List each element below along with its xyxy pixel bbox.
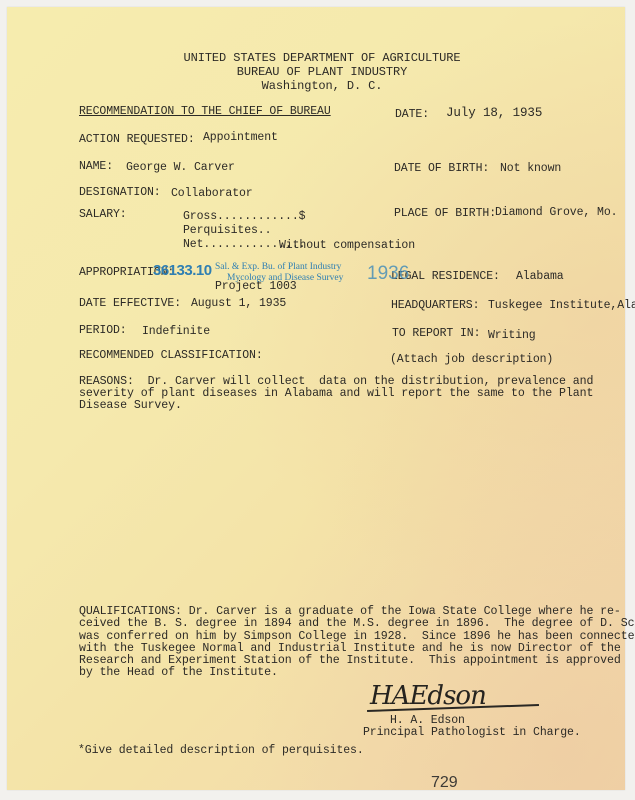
signer-title: Principal Pathologist in Charge. <box>363 726 581 739</box>
legal-residence-value: Alabama <box>516 270 564 283</box>
appropriation-stamp-line2: Mycology and Disease Survey <box>227 273 343 283</box>
reasons-line: Disease Survey. <box>79 400 182 412</box>
qualifications-line: ceived the B. S. degree in 1894 and the … <box>79 618 635 630</box>
recommended-classification-label: RECOMMENDED CLASSIFICATION: <box>79 349 263 362</box>
footnote: *Give detailed description of perquisite… <box>78 744 364 757</box>
appropriation-stamp-number: 36133.10 <box>153 262 212 279</box>
date-of-birth-label: DATE OF BIRTH: <box>394 162 489 175</box>
qualifications-line: by the Head of the Institute. <box>79 667 278 679</box>
appropriation-stamp-line1: Sal. & Exp. Bu. of Plant Industry <box>215 262 341 272</box>
department-heading: UNITED STATES DEPARTMENT OF AGRICULTURE <box>157 52 487 65</box>
to-report-in-value: Writing <box>488 329 536 342</box>
designation-value: Collaborator <box>171 187 253 200</box>
date-effective-label: DATE EFFECTIVE: <box>79 297 181 310</box>
place-of-birth-label: PLACE OF BIRTH: <box>394 207 496 220</box>
salary-net-value: Without compensation <box>279 239 415 252</box>
action-requested-label: ACTION REQUESTED: <box>79 133 195 146</box>
salary-gross: Gross............$ <box>183 210 305 223</box>
attach-job-description-note: (Attach job description) <box>390 353 553 366</box>
appropriation-stamp-year: 1936 <box>367 263 409 285</box>
date-value: July 18, 1935 <box>446 107 542 120</box>
salary-label: SALARY: <box>79 208 127 221</box>
period-label: PERIOD: <box>79 324 127 337</box>
page-number: 729 <box>431 774 458 792</box>
action-requested-value: Appointment <box>203 131 278 144</box>
headquarters-value: Tuskegee Institute,Ala <box>488 299 635 312</box>
form-title: RECOMMENDATION TO THE CHIEF OF BUREAU <box>79 105 331 118</box>
period-value: Indefinite <box>142 325 210 338</box>
date-effective-value: August 1, 1935 <box>191 297 286 310</box>
to-report-in-label: TO REPORT IN: <box>392 327 480 340</box>
place-of-birth-value: Diamond Grove, Mo. <box>495 206 617 219</box>
name-value: George W. Carver <box>126 161 235 174</box>
salary-perquisites: Perquisites.. <box>183 224 271 237</box>
document-page: UNITED STATES DEPARTMENT OF AGRICULTURE … <box>7 7 625 790</box>
headquarters-label: HEADQUARTERS: <box>391 299 479 312</box>
name-label: NAME: <box>79 160 113 173</box>
date-label: DATE: <box>395 108 429 121</box>
designation-label: DESIGNATION: <box>79 186 161 199</box>
bureau-heading: BUREAU OF PLANT INDUSTRY <box>157 66 487 79</box>
location-heading: Washington, D. C. <box>157 80 487 93</box>
date-of-birth-value: Not known <box>500 162 561 175</box>
